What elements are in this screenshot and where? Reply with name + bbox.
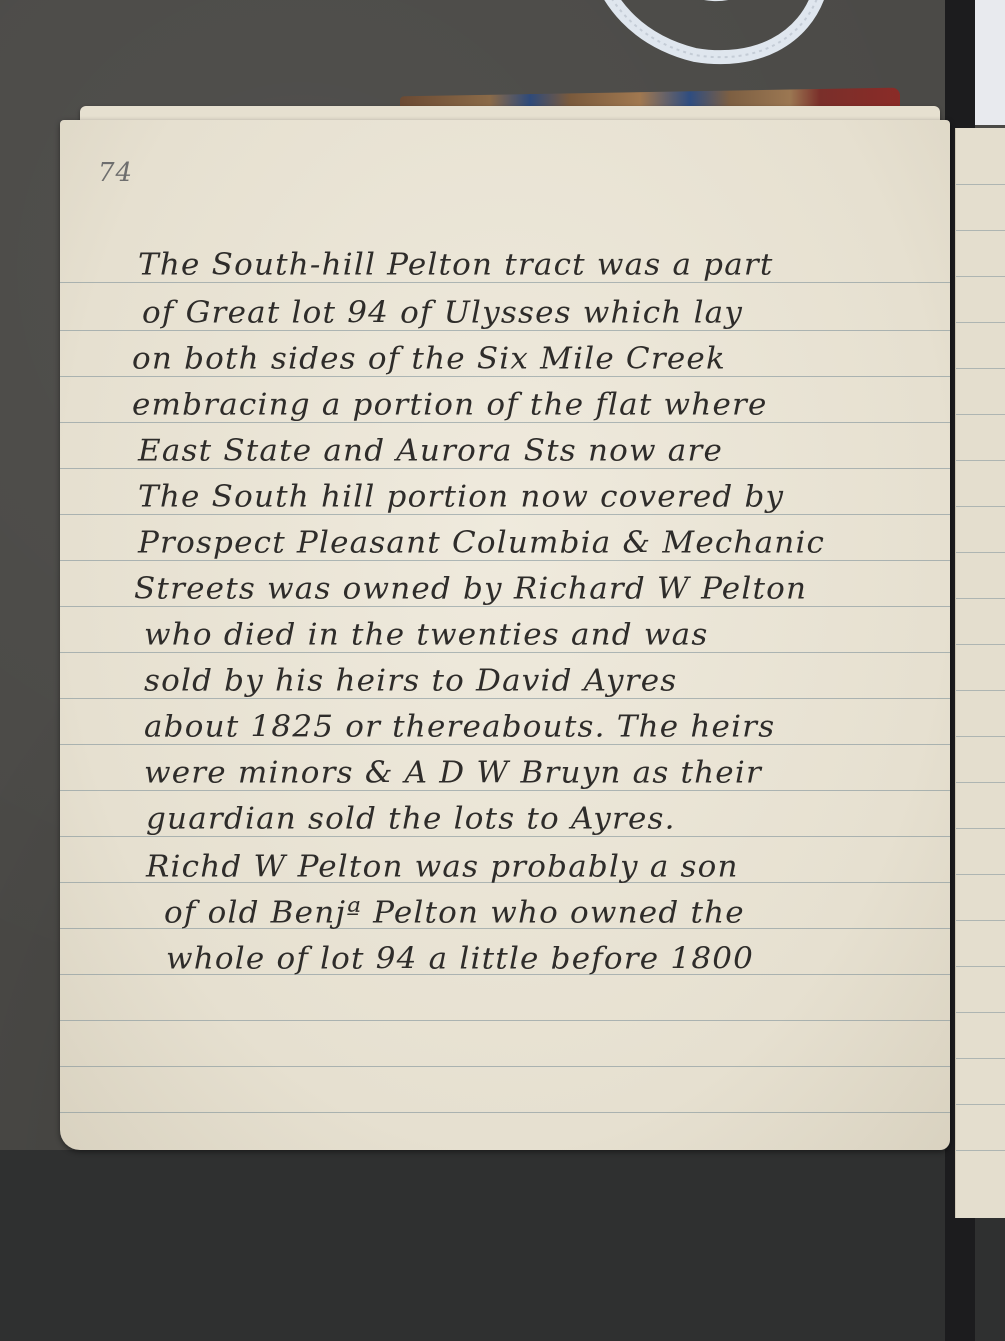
handwritten-line: guardian sold the lots to Ayres. <box>146 802 676 836</box>
handwritten-line: about 1825 or thereabouts. The heirs <box>144 710 775 744</box>
handwritten-line: East State and Aurora Sts now are <box>138 434 723 468</box>
facing-page-edge <box>955 128 1005 1218</box>
notebook-page: 74 The South-hill Pelton tract was a par… <box>60 120 950 1150</box>
page-number: 74 <box>98 158 133 188</box>
handwritten-line: The South hill portion now covered by <box>138 480 784 514</box>
handwritten-line: whole of lot 94 a little before 1800 <box>166 942 754 976</box>
handwritten-line: sold by his heirs to David Ayres <box>144 664 677 698</box>
handwritten-line: Streets was owned by Richard W Pelton <box>134 572 807 606</box>
handwritten-line: on both sides of the Six Mile Creek <box>132 342 726 376</box>
handwritten-line: Prospect Pleasant Columbia & Mechanic <box>138 526 825 560</box>
handwritten-line: who died in the twenties and was <box>144 618 708 652</box>
handwritten-line: were minors & A D W Bruyn as their <box>144 756 762 790</box>
board-white-corner <box>975 0 1005 125</box>
handwritten-line: of old Benjª Pelton who owned the <box>164 896 745 930</box>
foam-background-bottom <box>0 1150 1005 1341</box>
white-cord <box>575 0 855 100</box>
handwritten-line: The South-hill Pelton tract was a part <box>138 248 774 282</box>
handwritten-line: embracing a portion of the flat where <box>132 388 768 422</box>
handwritten-line: Richd W Pelton was probably a son <box>146 850 739 884</box>
handwritten-line: of Great lot 94 of Ulysses which lay <box>142 296 743 330</box>
